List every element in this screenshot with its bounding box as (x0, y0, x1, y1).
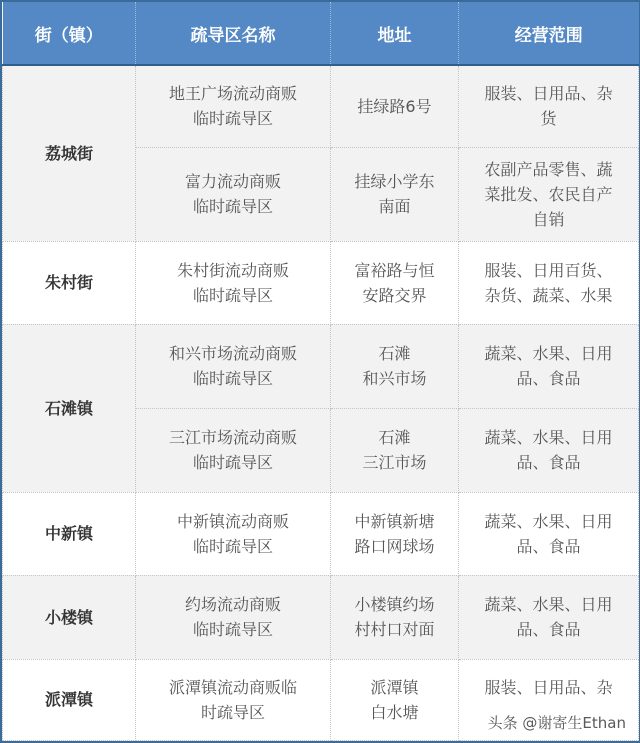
table-row: 朱村街 朱村街流动商贩临时疏导区 富裕路与恒安路交界 服装、日用百货、杂货、蔬菜… (3, 241, 639, 324)
zone-name-cell: 富力流动商贩临时疏导区 (136, 147, 331, 241)
scope-cell: 农副产品零售、蔬菜批发、农民自产自销 (459, 147, 639, 241)
table-row: 小楼镇 约场流动商贩临时疏导区 小楼镇约场村村口对面 蔬菜、水果、日用品、食品 (3, 575, 639, 659)
zone-name-cell: 地王广场流动商贩临时疏导区 (136, 65, 331, 147)
table-row: 石滩镇 和兴市场流动商贩临时疏导区 石滩和兴市场 蔬菜、水果、日用品、食品 (3, 324, 639, 408)
zone-name-cell: 和兴市场流动商贩临时疏导区 (136, 324, 331, 408)
header-address: 地址 (331, 2, 459, 65)
zone-name-cell: 中新镇流动商贩临时疏导区 (136, 492, 331, 575)
scope-cell: 服装、日用品、杂货 (459, 65, 639, 147)
scope-cell: 蔬菜、水果、日用品、食品 (459, 575, 639, 659)
address-cell: 挂绿小学东南面 (331, 147, 459, 241)
district-cell: 中新镇 (3, 492, 136, 575)
table-header-row: 街（镇） 疏导区名称 地址 经营范围 (3, 2, 639, 65)
address-cell: 石滩三江市场 (331, 408, 459, 492)
table-row: 中新镇 中新镇流动商贩临时疏导区 中新镇新塘路口网球场 蔬菜、水果、日用品、食品 (3, 492, 639, 575)
scope-cell: 服装、日用百货、杂货、蔬菜、水果 (459, 241, 639, 324)
district-cell: 荔城街 (3, 65, 136, 241)
header-zone-name: 疏导区名称 (136, 2, 331, 65)
header-business-scope: 经营范围 (459, 2, 639, 65)
address-cell: 派潭镇白水塘 (331, 659, 459, 740)
address-cell: 小楼镇约场村村口对面 (331, 575, 459, 659)
data-table-frame: 街（镇） 疏导区名称 地址 经营范围 荔城街 地王广场流动商贩临时疏导区 挂绿路… (0, 0, 640, 743)
zone-name-cell: 约场流动商贩临时疏导区 (136, 575, 331, 659)
vendor-zone-table: 街（镇） 疏导区名称 地址 经营范围 荔城街 地王广场流动商贩临时疏导区 挂绿路… (2, 2, 639, 741)
table-row: 荔城街 地王广场流动商贩临时疏导区 挂绿路6号 服装、日用品、杂货 (3, 65, 639, 147)
scope-cell: 蔬菜、水果、日用品、食品 (459, 408, 639, 492)
district-cell: 小楼镇 (3, 575, 136, 659)
watermark-text: 头条 @谢寄生Ethan (488, 712, 626, 733)
address-cell: 中新镇新塘路口网球场 (331, 492, 459, 575)
zone-name-cell: 三江市场流动商贩临时疏导区 (136, 408, 331, 492)
district-cell: 朱村街 (3, 241, 136, 324)
address-cell: 挂绿路6号 (331, 65, 459, 147)
address-cell: 石滩和兴市场 (331, 324, 459, 408)
scope-cell: 蔬菜、水果、日用品、食品 (459, 324, 639, 408)
zone-name-cell: 朱村街流动商贩临时疏导区 (136, 241, 331, 324)
header-district: 街（镇） (3, 2, 136, 65)
district-cell: 派潭镇 (3, 659, 136, 740)
zone-name-cell: 派潭镇流动商贩临时疏导区 (136, 659, 331, 740)
address-cell: 富裕路与恒安路交界 (331, 241, 459, 324)
district-cell: 石滩镇 (3, 324, 136, 492)
scope-cell: 蔬菜、水果、日用品、食品 (459, 492, 639, 575)
